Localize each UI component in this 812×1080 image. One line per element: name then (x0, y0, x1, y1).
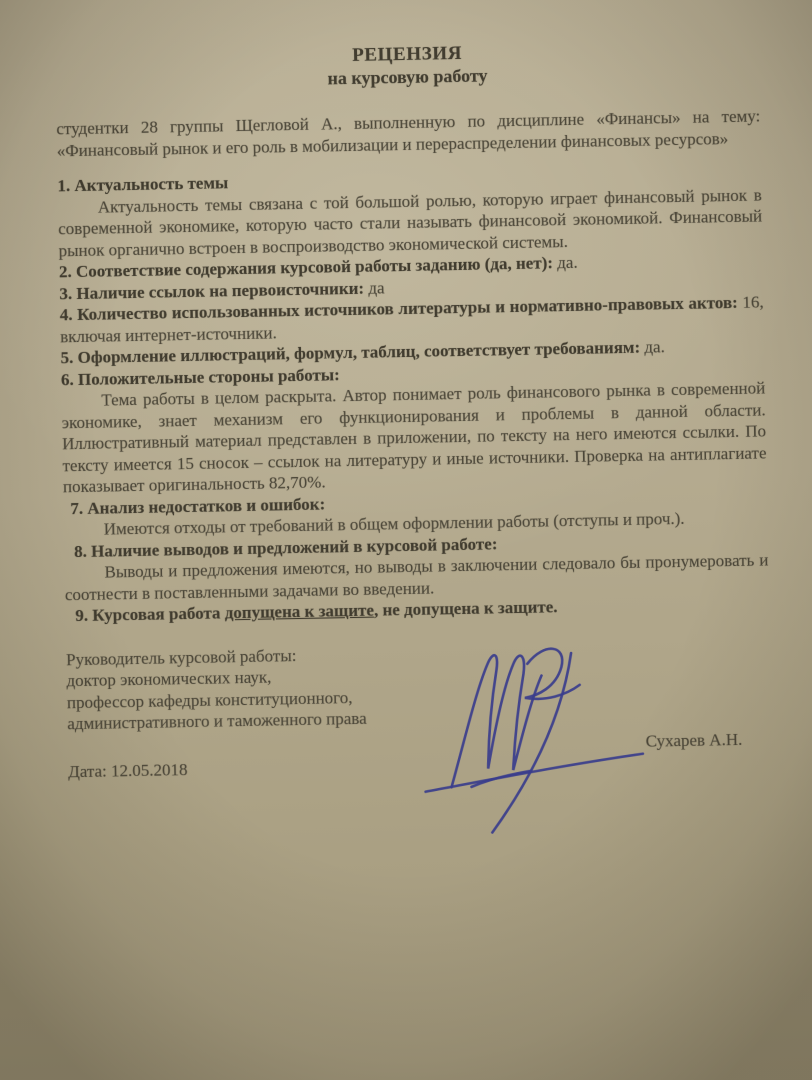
document-content: РЕЦЕНЗИЯ на курсовую работу студентки 28… (0, 0, 812, 783)
intro-paragraph: студентки 28 группы Щегловой А., выполне… (56, 105, 761, 161)
item-1: 1. Актуальность темы Актуальность темы с… (57, 162, 762, 261)
item-1-heading: 1. Актуальность темы (57, 173, 228, 195)
item-9-underlined-decision: допущена к защите (225, 601, 375, 623)
item-7-heading: 7. Анализ недостатков и ошибок: (70, 494, 325, 518)
item-6: 6. Положительные стороны работы: Тема ра… (61, 356, 767, 498)
item-5-value: да. (644, 337, 665, 356)
item-9-suffix: , не допущена к защите. (374, 597, 558, 619)
review-items: 1. Актуальность темы Актуальность темы с… (57, 162, 769, 626)
item-3-value: да (368, 278, 385, 297)
item-6-body: Тема работы в целом раскрыта. Автор пони… (61, 377, 767, 497)
item-2-value: да. (557, 253, 578, 272)
item-9-prefix: 9. Курсовая работа (75, 603, 221, 625)
photographed-document: РЕЦЕНЗИЯ на курсовую работу студентки 28… (0, 0, 812, 1080)
signature-ink (409, 633, 663, 838)
paper-sheet: РЕЦЕНЗИЯ на курсовую работу студентки 28… (0, 0, 812, 1080)
